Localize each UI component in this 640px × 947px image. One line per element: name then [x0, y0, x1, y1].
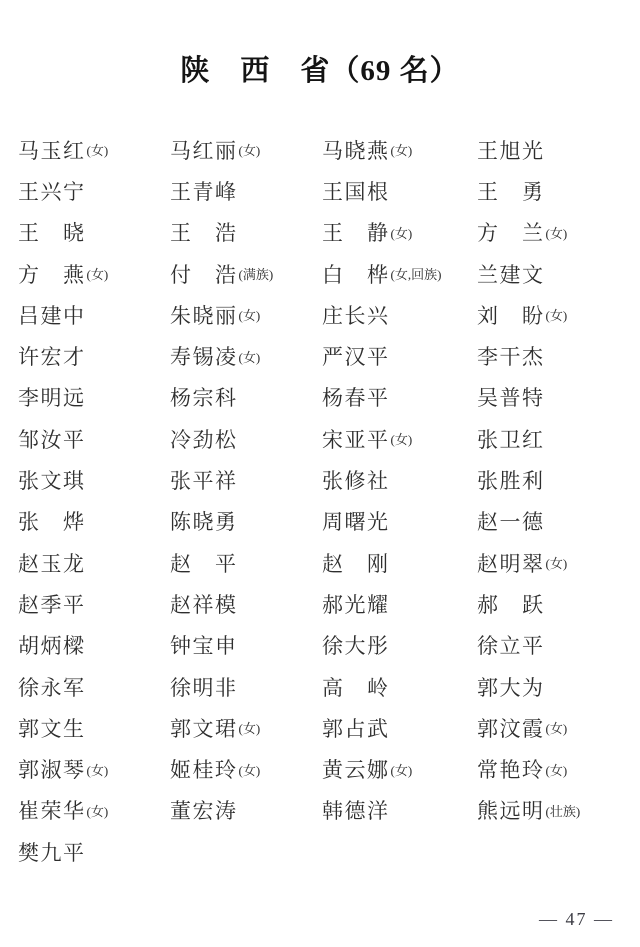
list-item: 马玉红(女)	[18, 129, 170, 170]
person-name: 王旭光	[477, 135, 545, 165]
list-item: 方 兰(女)	[477, 212, 632, 253]
person-name: 方 燕	[18, 259, 86, 289]
person-name: 常艳玲	[477, 754, 545, 784]
person-name: 崔荣华	[18, 795, 86, 825]
person-name: 徐大彤	[322, 630, 390, 660]
list-item: 徐大彤	[322, 625, 477, 666]
list-item: 郝 跃	[477, 583, 632, 624]
list-item: 严汉平	[322, 335, 477, 376]
person-name: 张卫红	[477, 424, 545, 454]
list-item: 付 浩(满族)	[170, 253, 322, 294]
list-item: 郭文珺(女)	[170, 707, 322, 748]
list-item: 庄长兴	[322, 294, 477, 335]
person-name: 郭汶霞	[477, 713, 545, 743]
person-name: 王 勇	[477, 176, 545, 206]
list-item: 郭淑琴(女)	[18, 748, 170, 789]
person-name: 张 烨	[18, 506, 86, 536]
list-item: 郭文生	[18, 707, 170, 748]
person-name: 王 晓	[18, 217, 86, 247]
person-note: (女)	[546, 553, 568, 572]
person-name: 赵 刚	[322, 548, 390, 578]
person-name: 王 静	[322, 217, 390, 247]
list-item: 兰建文	[477, 253, 632, 294]
list-item: 赵 刚	[322, 542, 477, 583]
document-page: 陕 西 省（69 名） 马玉红(女)马红丽(女)马晓燕(女)王旭光王兴宁王青峰王…	[0, 0, 640, 947]
person-note: (女)	[239, 718, 261, 737]
person-name: 王青峰	[170, 176, 238, 206]
person-name: 郭文生	[18, 713, 86, 743]
person-name: 冷劲松	[170, 424, 238, 454]
list-item: 王兴宁	[18, 170, 170, 211]
list-item: 吕建中	[18, 294, 170, 335]
person-name: 赵祥模	[170, 589, 238, 619]
list-item: 陈晓勇	[170, 501, 322, 542]
person-name: 郭文珺	[170, 713, 238, 743]
person-name: 樊九平	[18, 837, 86, 867]
person-name: 付 浩	[170, 259, 238, 289]
person-name: 吴普特	[477, 382, 545, 412]
person-name: 兰建文	[477, 259, 545, 289]
list-item: 徐永军	[18, 666, 170, 707]
person-name: 李明远	[18, 382, 86, 412]
person-name: 张修社	[322, 465, 390, 495]
list-item: 马红丽(女)	[170, 129, 322, 170]
list-item: 樊九平	[18, 831, 170, 872]
person-name: 刘 盼	[477, 300, 545, 330]
list-item: 王 浩	[170, 212, 322, 253]
person-name: 白 桦	[322, 259, 390, 289]
person-note: (女)	[239, 140, 261, 159]
list-item: 杨宗科	[170, 377, 322, 418]
person-name: 杨春平	[322, 382, 390, 412]
person-name: 熊远明	[477, 795, 545, 825]
person-name: 胡炳樑	[18, 630, 86, 660]
list-item: 张 烨	[18, 501, 170, 542]
person-name: 赵季平	[18, 589, 86, 619]
list-item: 胡炳樑	[18, 625, 170, 666]
person-name: 张胜利	[477, 465, 545, 495]
person-name: 韩德洋	[322, 795, 390, 825]
list-item: 宋亚平(女)	[322, 418, 477, 459]
person-note: (女)	[239, 760, 261, 779]
list-item: 徐立平	[477, 625, 632, 666]
person-name: 杨宗科	[170, 382, 238, 412]
list-item: 冷劲松	[170, 418, 322, 459]
person-name: 郭占武	[322, 713, 390, 743]
list-item: 钟宝申	[170, 625, 322, 666]
person-name: 吕建中	[18, 300, 86, 330]
person-note: (女)	[391, 140, 413, 159]
person-note: (女)	[87, 760, 109, 779]
person-name: 马玉红	[18, 135, 86, 165]
list-item: 高 岭	[322, 666, 477, 707]
list-item: 郭占武	[322, 707, 477, 748]
list-item: 郭汶霞(女)	[477, 707, 632, 748]
list-item: 王 静(女)	[322, 212, 477, 253]
list-item: 赵一德	[477, 501, 632, 542]
person-name: 朱晓丽	[170, 300, 238, 330]
list-item: 赵祥模	[170, 583, 322, 624]
person-note: (女,回族)	[391, 264, 442, 283]
person-name: 高 岭	[322, 672, 390, 702]
person-name: 王国根	[322, 176, 390, 206]
person-note: (女)	[87, 264, 109, 283]
person-note: (女)	[546, 305, 568, 324]
person-name: 宋亚平	[322, 424, 390, 454]
list-item: 刘 盼(女)	[477, 294, 632, 335]
list-item: 熊远明(壮族)	[477, 790, 632, 831]
list-item: 赵明翠(女)	[477, 542, 632, 583]
list-item: 赵玉龙	[18, 542, 170, 583]
page-number: — 47 —	[539, 909, 614, 930]
person-note: (女)	[391, 223, 413, 242]
person-name: 郭大为	[477, 672, 545, 702]
person-name: 王兴宁	[18, 176, 86, 206]
list-item: 李干杰	[477, 335, 632, 376]
list-item: 常艳玲(女)	[477, 748, 632, 789]
person-name: 马晓燕	[322, 135, 390, 165]
person-note: (壮族)	[546, 801, 581, 820]
person-note: (女)	[546, 718, 568, 737]
list-item: 杨春平	[322, 377, 477, 418]
person-name: 徐明非	[170, 672, 238, 702]
person-name: 严汉平	[322, 341, 390, 371]
person-name: 赵明翠	[477, 548, 545, 578]
list-item: 寿锡凌(女)	[170, 335, 322, 376]
list-item: 张平祥	[170, 459, 322, 500]
list-item: 郭大为	[477, 666, 632, 707]
person-note: (女)	[391, 760, 413, 779]
list-item: 韩德洋	[322, 790, 477, 831]
list-item: 王 勇	[477, 170, 632, 211]
person-note: (女)	[546, 223, 568, 242]
person-name: 方 兰	[477, 217, 545, 247]
person-name: 赵一德	[477, 506, 545, 536]
person-note: (女)	[546, 760, 568, 779]
list-item: 王青峰	[170, 170, 322, 211]
list-item: 许宏才	[18, 335, 170, 376]
list-item: 李明远	[18, 377, 170, 418]
list-item: 董宏涛	[170, 790, 322, 831]
person-name: 钟宝申	[170, 630, 238, 660]
list-item: 王旭光	[477, 129, 632, 170]
person-name: 赵玉龙	[18, 548, 86, 578]
person-name: 庄长兴	[322, 300, 390, 330]
person-name: 郝 跃	[477, 589, 545, 619]
list-item: 张胜利	[477, 459, 632, 500]
person-name: 赵 平	[170, 548, 238, 578]
list-item: 赵 平	[170, 542, 322, 583]
list-item: 姬桂玲(女)	[170, 748, 322, 789]
person-name: 郝光耀	[322, 589, 390, 619]
list-item: 方 燕(女)	[18, 253, 170, 294]
person-note: (女)	[239, 347, 261, 366]
list-item: 张文琪	[18, 459, 170, 500]
person-name: 许宏才	[18, 341, 86, 371]
list-item: 徐明非	[170, 666, 322, 707]
person-note: (女)	[239, 305, 261, 324]
list-item: 王国根	[322, 170, 477, 211]
list-item: 张卫红	[477, 418, 632, 459]
person-name: 王 浩	[170, 217, 238, 247]
person-name: 张平祥	[170, 465, 238, 495]
list-item: 郝光耀	[322, 583, 477, 624]
person-name: 陈晓勇	[170, 506, 238, 536]
list-item: 周曙光	[322, 501, 477, 542]
list-item: 白 桦(女,回族)	[322, 253, 477, 294]
person-name: 董宏涛	[170, 795, 238, 825]
person-name: 马红丽	[170, 135, 238, 165]
person-name: 黄云娜	[322, 754, 390, 784]
list-item: 张修社	[322, 459, 477, 500]
person-name: 姬桂玲	[170, 754, 238, 784]
person-name: 郭淑琴	[18, 754, 86, 784]
name-list: 马玉红(女)马红丽(女)马晓燕(女)王旭光王兴宁王青峰王国根王 勇王 晓王 浩王…	[18, 129, 632, 872]
page-title: 陕 西 省（69 名）	[0, 48, 640, 89]
list-item: 赵季平	[18, 583, 170, 624]
person-name: 李干杰	[477, 341, 545, 371]
person-note: (满族)	[239, 264, 274, 283]
person-note: (女)	[391, 429, 413, 448]
person-note: (女)	[87, 140, 109, 159]
person-name: 邹汝平	[18, 424, 86, 454]
list-item: 朱晓丽(女)	[170, 294, 322, 335]
person-name: 徐立平	[477, 630, 545, 660]
list-item: 邹汝平	[18, 418, 170, 459]
person-name: 张文琪	[18, 465, 86, 495]
list-item: 吴普特	[477, 377, 632, 418]
person-name: 寿锡凌	[170, 341, 238, 371]
list-item: 王 晓	[18, 212, 170, 253]
person-note: (女)	[87, 801, 109, 820]
person-name: 徐永军	[18, 672, 86, 702]
list-item: 黄云娜(女)	[322, 748, 477, 789]
list-item: 马晓燕(女)	[322, 129, 477, 170]
list-item: 崔荣华(女)	[18, 790, 170, 831]
person-name: 周曙光	[322, 506, 390, 536]
